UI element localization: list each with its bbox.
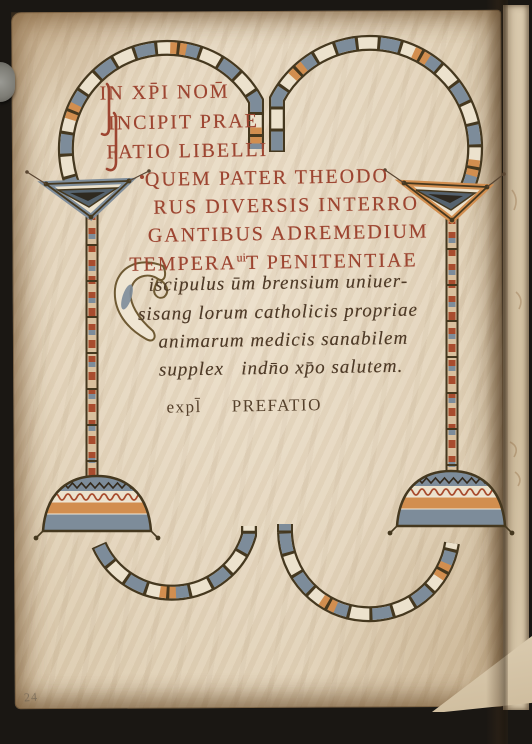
book-gutter-shadow (486, 0, 508, 744)
manuscript-page (11, 10, 505, 710)
folio-number: 24 (23, 690, 38, 706)
manuscript-photo: IN XP̄I NOM̄ INCIPIT PRAE FATIO LIBELLI … (0, 0, 532, 744)
